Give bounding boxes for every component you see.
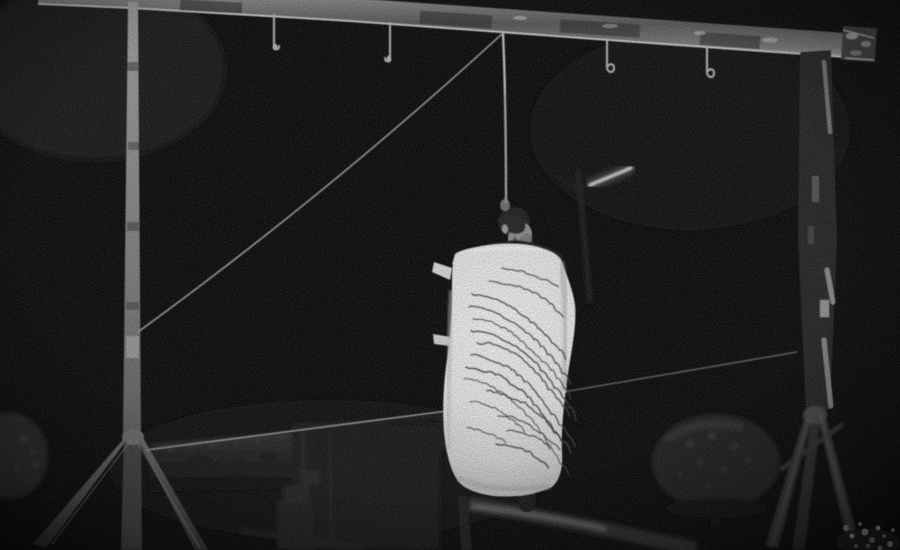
vignette [0,0,900,550]
photograph: Grainy black-and-white night photograph … [0,0,900,550]
photo-canvas [0,0,900,550]
